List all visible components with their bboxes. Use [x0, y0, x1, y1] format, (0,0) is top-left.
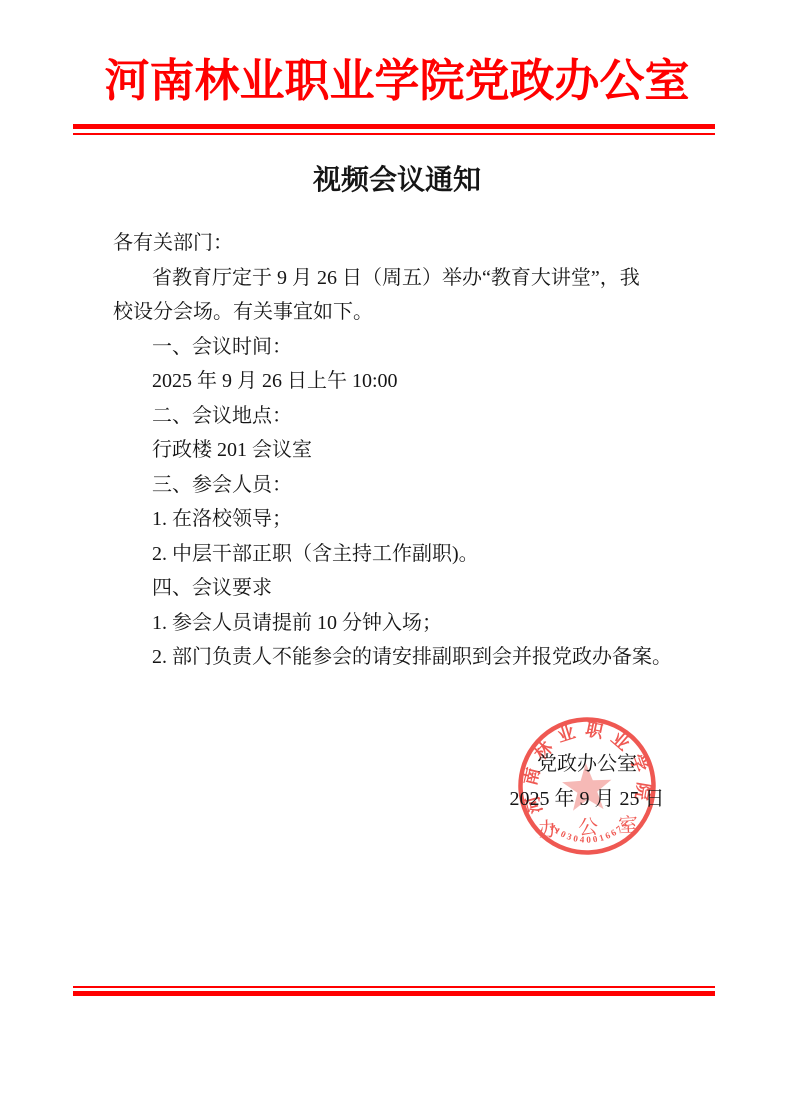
header-rule-thin — [73, 133, 715, 135]
notice-title: 视频会议通知 — [0, 158, 794, 198]
signature-date: 2025 年 9 月 25 日 — [445, 782, 729, 817]
document-page: 河南林业职业学院党政办公室 视频会议通知 各有关部门： 省教育厅定于 9 月 2… — [0, 0, 794, 1108]
body-line: 校设分会场。有关事宜如下。 — [113, 295, 733, 330]
body-line-section-4: 四、会议要求 — [113, 571, 733, 606]
body-line: 2025 年 9 月 26 日上午 10:00 — [113, 364, 733, 399]
body-line: 1. 参会人员请提前 10 分钟入场； — [113, 606, 733, 641]
body-line-section-2: 二、会议地点： — [113, 399, 733, 434]
footer-rule-thick — [73, 991, 715, 996]
body-line: 2. 中层干部正职（含主持工作副职)。 — [113, 537, 733, 572]
body-line: 2. 部门负责人不能参会的请安排副职到会并报党政办备案。 — [113, 640, 733, 675]
signature-block: 党政办公室 2025 年 9 月 25 日 — [445, 747, 729, 817]
body-line: 行政楼 201 会议室 — [113, 433, 733, 468]
body-line-section-3: 三、参会人员： — [113, 468, 733, 503]
body-line-section-1: 一、会议时间： — [113, 330, 733, 365]
notice-body: 各有关部门： 省教育厅定于 9 月 26 日（周五）举办“教育大讲堂”，我 校设… — [113, 226, 733, 675]
letterhead-org-name: 河南林业职业学院党政办公室 — [0, 44, 794, 109]
body-line: 省教育厅定于 9 月 26 日（周五）举办“教育大讲堂”，我 — [113, 261, 733, 296]
signature-name: 党政办公室 — [445, 747, 729, 782]
body-line: 1. 在洛校领导； — [113, 502, 733, 537]
footer-rule-thin — [73, 986, 715, 988]
body-line-salutation: 各有关部门： — [113, 226, 733, 261]
header-rule-thick — [73, 124, 715, 129]
